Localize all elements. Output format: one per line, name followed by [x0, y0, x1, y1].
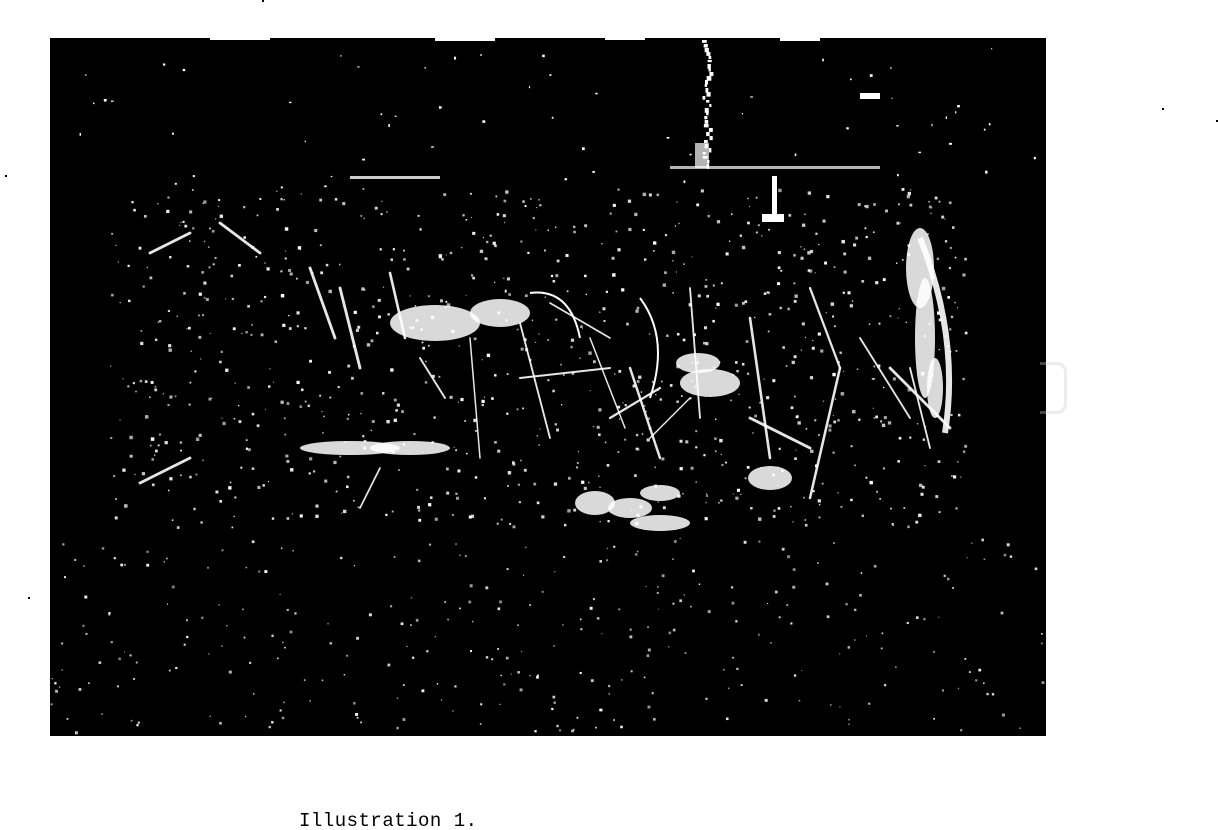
faint-watermark-glyph — [1040, 362, 1067, 414]
scan-speck — [262, 0, 264, 2]
figure-caption: Illustration 1. — [299, 810, 478, 830]
scan-speck — [1162, 108, 1164, 110]
scan-speck — [5, 175, 7, 177]
scan-speck — [28, 597, 30, 599]
document-page: Illustration 1. — [0, 0, 1218, 830]
photo-highlights — [50, 38, 1046, 736]
figure-photograph — [50, 38, 1046, 736]
